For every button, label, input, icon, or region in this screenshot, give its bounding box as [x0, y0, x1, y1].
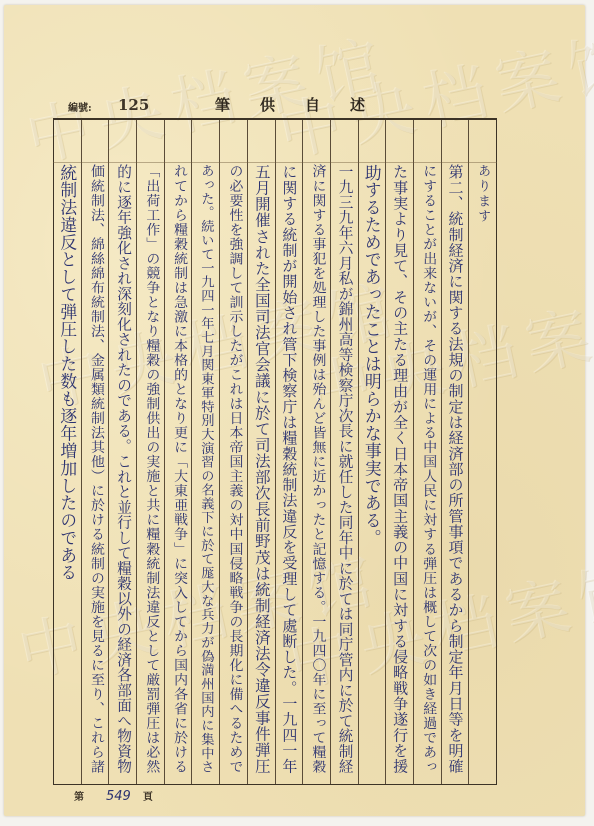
handwritten-line: にすることが出来ないが、その運用による中国人民に対する弾圧は概して次の如き経過で…	[420, 164, 434, 774]
manuscript-column: 一九三九年六月私が錦州高等検察庁次長に就任した同年中に於ては同庁管内に於て統制経	[330, 120, 358, 784]
manuscript-column: あります	[468, 120, 496, 784]
manuscript-column: に関する統制が開始され管下検察庁は糧穀統制法違反を受理して處断した。一九四一年	[275, 120, 303, 784]
handwritten-line: 一九三九年六月私が錦州高等検察庁次長に就任した同年中に於ては同庁管内に於て統制経	[337, 164, 352, 774]
title-char: 筆	[215, 94, 230, 115]
manuscript-column: 助するためであったことは明らかな事実である。	[358, 120, 386, 784]
handwritten-line: 統制法違反として弾圧した数も逐年増加したのである	[59, 164, 76, 581]
serial-number-value: 125	[118, 96, 149, 114]
handwritten-line: 「出荷工作」の競争となり糧穀の強制供出の実施と共に糧穀統制法違反として厳罰弾圧は…	[143, 164, 157, 774]
page-footer: 第 549 頁	[74, 788, 153, 804]
handwritten-line: 済に関する事犯を処理した事例は殆んど皆無に近かったと記憶する。一九四〇年に至って…	[310, 164, 324, 774]
title-char: 述	[350, 94, 365, 115]
manuscript-column: あった。続いて一九四一年七月関東軍特別大演習の名義下に於て厖大な兵力が偽満州国内…	[191, 120, 219, 784]
handwritten-line: れてから糧穀統制は急激に本格的となり更に「大東亜戦争」に突入してから国内各省に於…	[171, 164, 185, 774]
manuscript-column: れてから糧穀統制は急激に本格的となり更に「大東亜戦争」に突入してから国内各省に於…	[164, 120, 192, 784]
handwritten-line: 価統制法、綿絲綿布統制法、金属類統制法其他）に於ける統制の実施を見るに至り、これ…	[88, 164, 102, 774]
handwritten-line: 第二、統制経済に関する法規の制定は経済部の所管事項であるから制定年月日等を明確	[447, 164, 462, 774]
manuscript-column: 五月開催された全国司法官会議に於て司法部次長前野茂は統制経済法令違反事件弾圧	[247, 120, 275, 784]
handwritten-line: あった。続いて一九四一年七月関東軍特別大演習の名義下に於て厖大な兵力が偽満州国内…	[199, 164, 212, 774]
handwritten-line: 的に逐年強化され深刻化されたのである。これと並行して糧穀以外の経済各部面へ物資物	[115, 164, 130, 774]
manuscript-column: にすることが出来ないが、その運用による中国人民に対する弾圧は概して次の如き経過で…	[413, 120, 441, 784]
handwritten-line: 五月開催された全国司法官会議に於て司法部次長前野茂は統制経済法令違反事件弾圧	[253, 164, 268, 774]
manuscript-column: 「出荷工作」の競争となり糧穀の強制供出の実施と共に糧穀統制法違反として厳罰弾圧は…	[136, 120, 164, 784]
serial-number-label: 編號:	[68, 99, 92, 114]
handwritten-line: た事実より見て、その主たる理由が全く日本帝国主義の中国に対する侵略戦争遂行を援	[392, 164, 407, 774]
header-row-divider	[53, 162, 497, 163]
manuscript-column: 済に関する事犯を処理した事例は殆んど皆無に近かったと記憶する。一九四〇年に至って…	[302, 120, 330, 784]
document-title: 筆 供 自 述	[215, 94, 365, 115]
manuscript-column: 統制法違反として弾圧した数も逐年増加したのである	[54, 120, 81, 784]
manuscript-column: 的に逐年強化され深刻化されたのである。これと並行して糧穀以外の経済各部面へ物資物	[108, 120, 136, 784]
handwritten-line: の必要性を強調して訓示したがこれは日本帝国主義の対中国侵略戦争の長期化に備へるた…	[227, 164, 241, 774]
handwritten-line: あります	[476, 164, 489, 224]
page-prefix: 第	[74, 788, 84, 803]
manuscript-column: の必要性を強調して訓示したがこれは日本帝国主義の対中国侵略戦争の長期化に備へるた…	[219, 120, 247, 784]
manuscript-column: 第二、統制経済に関する法規の制定は経済部の所管事項であるから制定年月日等を明確	[441, 120, 469, 784]
manuscript-column: 価統制法、綿絲綿布統制法、金属類統制法其他）に於ける統制の実施を見るに至り、これ…	[81, 120, 109, 784]
title-char: 自	[305, 94, 320, 115]
title-char: 供	[260, 94, 275, 115]
handwritten-line: に関する統制が開始され管下検察庁は糧穀統制法違反を受理して處断した。一九四一年	[281, 164, 296, 774]
handwritten-line: 助するためであったことは明らかな事実である。	[364, 164, 381, 547]
manuscript-grid: あります第二、統制経済に関する法規の制定は経済部の所管事項であるから制定年月日等…	[53, 118, 497, 785]
page-number: 549	[106, 789, 131, 804]
page-suffix: 頁	[143, 788, 153, 803]
manuscript-column: た事実より見て、その主たる理由が全く日本帝国主義の中国に対する侵略戦争遂行を援	[385, 120, 413, 784]
